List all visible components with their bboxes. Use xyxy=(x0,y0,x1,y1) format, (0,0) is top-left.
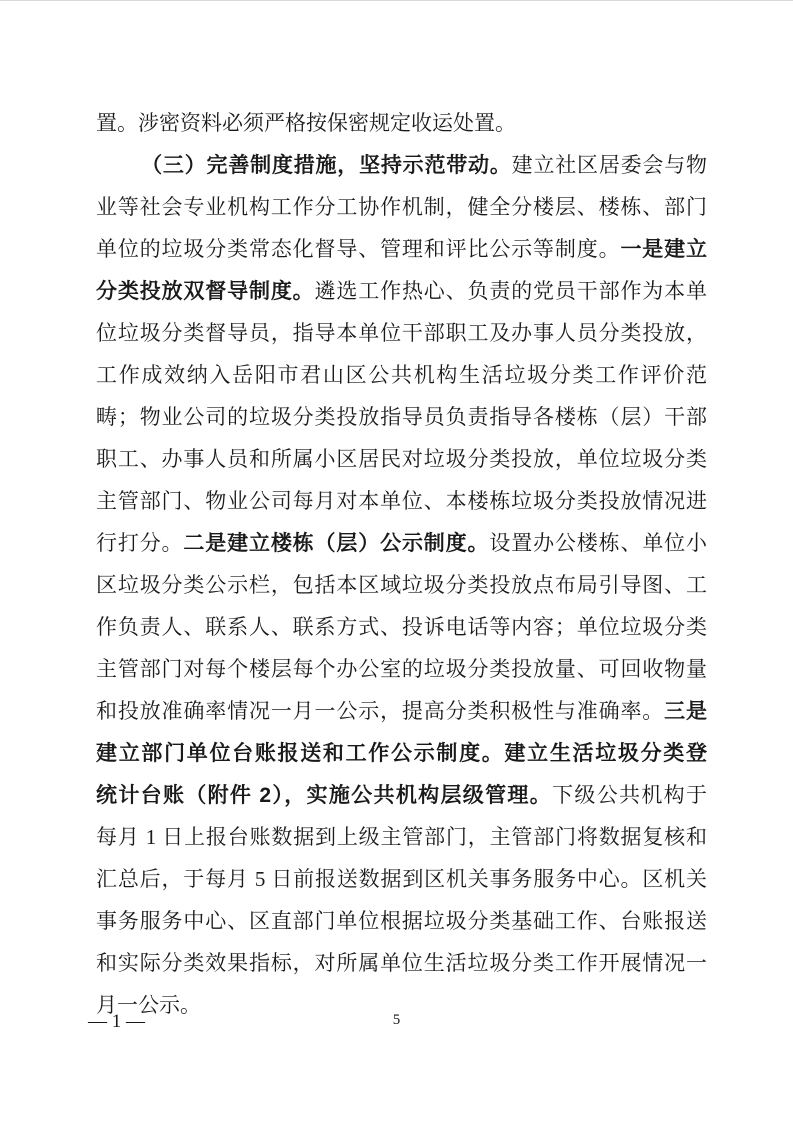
text-segment: 分类投放双督导制度。 xyxy=(96,280,315,303)
text-segment: 行打分。 xyxy=(96,531,183,555)
text-segment: （三）完善制度措施，坚持示范带动。 xyxy=(141,153,512,177)
page-number: 5 xyxy=(0,1011,793,1029)
text-line: 主管部门、物业公司每月对本单位、本楼栋垃圾分类投放情况进 xyxy=(96,480,707,522)
document-body: 置。涉密资料必须严格按保密规定收运处置。（三）完善制度措施，坚持示范带动。建立社… xyxy=(96,102,707,1026)
text-segment: 和投放准确率情况一月一公示，提高分类积极性与准确率。 xyxy=(96,699,664,723)
text-segment: 工作成效纳入岳阳市君山区公共机构生活垃圾分类工作评价范 xyxy=(96,363,707,387)
text-segment: 设置办公楼栋、单位小 xyxy=(489,531,707,555)
text-segment: 一是建立 xyxy=(620,238,707,261)
text-segment: 统计台账（附件 2），实施公共机构层级管理。 xyxy=(96,784,552,807)
text-line: 每月 1 日上报台账数据到上级主管部门，主管部门将数据复核和 xyxy=(96,816,707,858)
text-line: 工作成效纳入岳阳市君山区公共机构生活垃圾分类工作评价范 xyxy=(96,354,707,396)
text-line: 分类投放双督导制度。遴选工作热心、负责的党员干部作为本单 xyxy=(96,270,707,312)
text-segment: 主管部门对每个楼层每个办公室的垃圾分类投放量、可回收物量 xyxy=(96,657,707,681)
text-segment: 区垃圾分类公示栏，包括本区域垃圾分类投放点布局引导图、工 xyxy=(96,573,707,597)
text-segment: 职工、办事人员和所属小区居民对垃圾分类投放，单位垃圾分类 xyxy=(96,447,707,471)
text-line: 统计台账（附件 2），实施公共机构层级管理。下级公共机构于 xyxy=(96,774,707,816)
text-line: 事务服务中心、区直部门单位根据垃圾分类基础工作、台账报送 xyxy=(96,900,707,942)
text-segment: 畴；物业公司的垃圾分类投放指导员负责指导各楼栋（层）干部 xyxy=(96,405,707,429)
text-segment: 主管部门、物业公司每月对本单位、本楼栋垃圾分类投放情况进 xyxy=(96,489,707,513)
text-line: 主管部门对每个楼层每个办公室的垃圾分类投放量、可回收物量 xyxy=(96,648,707,690)
text-line: 和实际分类效果指标，对所属单位生活垃圾分类工作开展情况一 xyxy=(96,942,707,984)
text-line: 单位的垃圾分类常态化督导、管理和评比公示等制度。一是建立 xyxy=(96,228,707,270)
text-segment: 汇总后，于每月 5 日前报送数据到区机关事务服务中心。区机关 xyxy=(96,867,707,891)
text-segment: 每月 1 日上报台账数据到上级主管部门，主管部门将数据复核和 xyxy=(96,825,707,849)
text-segment: 下级公共机构于 xyxy=(552,783,707,807)
text-segment: 置。涉密资料必须严格按保密规定收运处置。 xyxy=(96,111,516,135)
text-segment: 建立社区居委会与物 xyxy=(512,153,707,177)
text-line: 汇总后，于每月 5 日前报送数据到区机关事务服务中心。区机关 xyxy=(96,858,707,900)
text-line: 职工、办事人员和所属小区居民对垃圾分类投放，单位垃圾分类 xyxy=(96,438,707,480)
document-page: 置。涉密资料必须严格按保密规定收运处置。（三）完善制度措施，坚持示范带动。建立社… xyxy=(0,0,793,1122)
text-segment: 业等社会专业机构工作分工协作机制，健全分楼层、楼栋、部门 xyxy=(96,195,707,219)
text-line: 区垃圾分类公示栏，包括本区域垃圾分类投放点布局引导图、工 xyxy=(96,564,707,606)
text-line: 业等社会专业机构工作分工协作机制，健全分楼层、楼栋、部门 xyxy=(96,186,707,228)
text-line: 置。涉密资料必须严格按保密规定收运处置。 xyxy=(96,102,707,144)
text-segment: 二是建立楼栋（层）公示制度。 xyxy=(183,532,489,555)
text-segment: 作负责人、联系人、联系方式、投诉电话等内容；单位垃圾分类 xyxy=(96,615,707,639)
text-segment: 事务服务中心、区直部门单位根据垃圾分类基础工作、台账报送 xyxy=(96,909,707,933)
text-line: 行打分。二是建立楼栋（层）公示制度。设置办公楼栋、单位小 xyxy=(96,522,707,564)
text-segment: 位垃圾分类督导员，指导本单位干部职工及办事人员分类投放， xyxy=(96,321,707,345)
text-line: 畴；物业公司的垃圾分类投放指导员负责指导各楼栋（层）干部 xyxy=(96,396,707,438)
text-segment: 三是 xyxy=(664,700,707,723)
text-line: 和投放准确率情况一月一公示，提高分类积极性与准确率。三是 xyxy=(96,690,707,732)
text-segment: 和实际分类效果指标，对所属单位生活垃圾分类工作开展情况一 xyxy=(96,951,707,975)
text-line: 作负责人、联系人、联系方式、投诉电话等内容；单位垃圾分类 xyxy=(96,606,707,648)
text-line: 位垃圾分类督导员，指导本单位干部职工及办事人员分类投放， xyxy=(96,312,707,354)
text-line: 建立部门单位台账报送和工作公示制度。建立生活垃圾分类登 xyxy=(96,732,707,774)
text-segment: 建立部门单位台账报送和工作公示制度。建立生活垃圾分类登 xyxy=(96,742,707,765)
text-line: （三）完善制度措施，坚持示范带动。建立社区居委会与物 xyxy=(96,144,707,186)
text-segment: 遴选工作热心、负责的党员干部作为本单 xyxy=(315,279,707,303)
text-segment: 单位的垃圾分类常态化督导、管理和评比公示等制度。 xyxy=(96,237,620,261)
